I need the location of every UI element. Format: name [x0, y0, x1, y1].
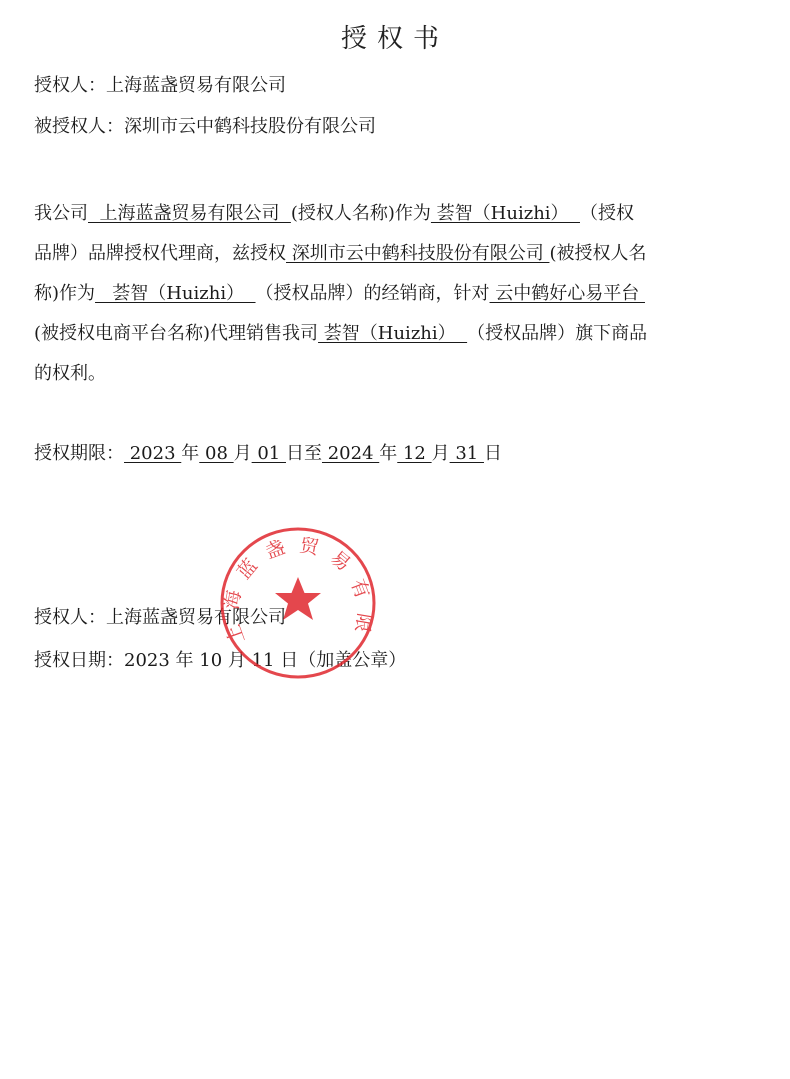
document-title: 授权书: [0, 18, 790, 55]
end-month: 12: [397, 443, 431, 464]
signature-date-value: 2023 年 10 月 11 日（加盖公章）: [124, 650, 406, 671]
authorization-paragraph: 我公司 上海蓝盏贸易有限公司 (授权人名称)作为 荟智（Huizhi） （授权 …: [34, 194, 764, 394]
text: 年: [181, 443, 199, 464]
signature-grantor: 授权人：上海蓝盏贸易有限公司: [34, 606, 286, 630]
grantor-line: 授权人：上海蓝盏贸易有限公司: [34, 74, 286, 98]
grantee-value: 深圳市云中鹤科技股份有限公司: [124, 116, 376, 137]
grantor-name-field: 上海蓝盏贸易有限公司: [88, 203, 291, 224]
text: (被授权电商平台名称)代理销售我司: [34, 323, 318, 344]
grantee-label: 被授权人：: [34, 116, 124, 137]
period-label: 授权期限：: [34, 443, 124, 464]
grantor-label: 授权人：: [34, 75, 106, 96]
text: (授权人名称)作为: [291, 203, 431, 224]
text: 月: [432, 443, 450, 464]
paragraph-row-5: 的权利。: [34, 354, 764, 394]
text: 月: [234, 443, 252, 464]
platform-field: 云中鹤好心易平台: [490, 283, 645, 304]
signature-grantor-value: 上海蓝盏贸易有限公司: [106, 607, 286, 628]
text: （授权品牌）旗下商品: [467, 323, 647, 344]
brand-field: 荟智（Huizhi）: [95, 283, 256, 304]
text: （授权: [580, 203, 634, 224]
grantee-line: 被授权人：深圳市云中鹤科技股份有限公司: [34, 115, 376, 139]
grantee-name-field: 深圳市云中鹤科技股份有限公司: [286, 243, 549, 264]
text: 日: [484, 443, 502, 464]
authorization-period: 授权期限： 2023 年 08 月 01 日至 2024 年 12 月 31 日: [34, 442, 502, 466]
paragraph-row-1: 我公司 上海蓝盏贸易有限公司 (授权人名称)作为 荟智（Huizhi） （授权: [34, 194, 764, 234]
start-month: 08: [199, 443, 233, 464]
end-day: 31: [450, 443, 484, 464]
signature-grantor-label: 授权人：: [34, 607, 106, 628]
start-day: 01: [252, 443, 286, 464]
text: （授权品牌）的经销商，针对: [256, 283, 490, 304]
signature-date: 授权日期：2023 年 10 月 11 日（加盖公章）: [34, 649, 406, 673]
paragraph-row-4: (被授权电商平台名称)代理销售我司 荟智（Huizhi） （授权品牌）旗下商品: [34, 314, 764, 354]
text: 年: [379, 443, 397, 464]
text: 品牌）品牌授权代理商，兹授权: [34, 243, 286, 264]
end-year: 2024: [322, 443, 379, 464]
text: (被授权人名: [549, 243, 646, 264]
text: 日至: [286, 443, 322, 464]
brand-field: 荟智（Huizhi）: [318, 323, 467, 344]
paragraph-row-3: 称)作为 荟智（Huizhi） （授权品牌）的经销商，针对 云中鹤好心易平台: [34, 274, 764, 314]
start-year: 2023: [124, 443, 181, 464]
grantor-value: 上海蓝盏贸易有限公司: [106, 75, 286, 96]
text: 称)作为: [34, 283, 95, 304]
text: 的权利。: [34, 363, 106, 384]
paragraph-row-2: 品牌）品牌授权代理商，兹授权 深圳市云中鹤科技股份有限公司 (被授权人名: [34, 234, 764, 274]
text: 我公司: [34, 203, 88, 224]
brand-field: 荟智（Huizhi）: [431, 203, 580, 224]
signature-date-label: 授权日期：: [34, 650, 124, 671]
